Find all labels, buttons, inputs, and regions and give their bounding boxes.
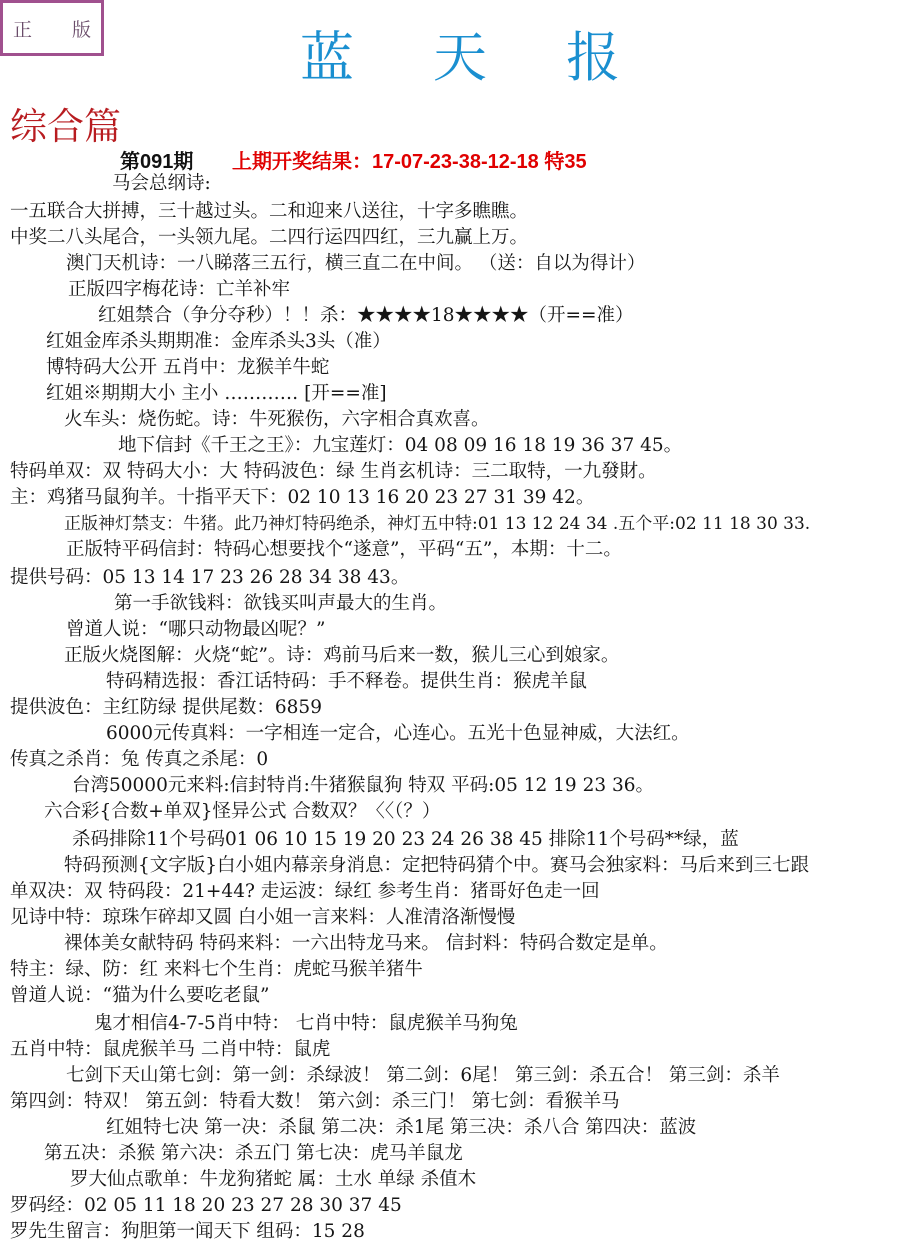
text-line: 特主：绿、防：红 来料七个生肖：虎蛇马猴羊猪牛 xyxy=(10,958,423,982)
text-line: 中奖二八头尾合，一头领九尾。二四行运四四红，三九赢上万。 xyxy=(10,226,528,250)
issue-number: 第091期 xyxy=(120,145,193,174)
text-line: 正版特平码信封：特码心想要找个“遂意”，平码“五”，本期：十二。 xyxy=(66,538,622,562)
text-line: 罗码经：02 05 11 18 20 23 27 28 30 37 45 xyxy=(10,1194,402,1218)
text-line: 地下信封《千王之王》：九宝莲灯：04 08 09 16 18 19 36 37 … xyxy=(118,434,682,458)
text-line: 红姐※期期大小 主小 ………… [开==准] xyxy=(46,382,387,406)
badge-char-right: 版 xyxy=(72,15,91,42)
text-line: 马会总纲诗: xyxy=(112,172,211,196)
text-line: 杀码排除11个号码01 06 10 15 19 20 23 24 26 38 4… xyxy=(72,828,739,852)
text-line: 一五联合大拼搏，三十越过头。二和迎来八送往，十字多瞧瞧。 xyxy=(10,200,528,224)
text-line: 红姐金库杀头期期准：金库杀头3头（准） xyxy=(46,330,391,354)
text-line: 六合彩{合数+单双}怪异公式 合数双？〈〈（？） xyxy=(44,800,440,824)
text-line: 见诗中特：琼珠乍碎却又圆 白小姐一言来料：人准清洛渐慢慢 xyxy=(10,906,515,930)
badge-char-left: 正 xyxy=(13,15,32,42)
text-line: 火车头：烧伤蛇。诗：牛死猴伤，六字相合真欢喜。 xyxy=(64,408,490,432)
text-line: 红姐禁合（争分夺秒）！！杀：★★★★18★★★★（开==准） xyxy=(98,304,634,328)
text-line: 正版火烧图解：火烧“蛇”。诗：鸡前马后来一数，猴儿三心到娘家。 xyxy=(64,644,619,668)
title-char-3: 报 xyxy=(566,15,620,92)
text-line: 提供号码：05 13 14 17 23 26 28 34 38 43。 xyxy=(10,566,409,590)
text-line: 罗大仙点歌单：牛龙狗猪蛇 属：土水 单绿 杀值木 xyxy=(70,1168,476,1192)
text-line: 第四剑：特双！ 第五剑：特看大数！ 第六剑：杀三门！ 第七剑：看猴羊马 xyxy=(10,1090,620,1114)
text-line: 红姐特七决 第一决：杀鼠 第二决：杀1尾 第三决：杀八合 第四决：蓝波 xyxy=(106,1116,696,1140)
text-line: 6000元传真料：一字相连一定合，心连心。五光十色显神威，大法红。 xyxy=(106,722,690,746)
text-line: 五肖中特：鼠虎猴羊马 二肖中特：鼠虎 xyxy=(10,1038,330,1062)
text-line: 第一手欲钱料：欲钱买叫声最大的生肖。 xyxy=(114,592,447,616)
text-line: 提供波色：主红防绿 提供尾数：6859 xyxy=(10,696,322,720)
text-line: 七剑下天山第七剑：第一剑：杀绿波！ 第二剑：6尾！ 第三剑：杀五合！ 第三剑：杀… xyxy=(66,1064,780,1088)
text-line: 第五决：杀猴 第六决：杀五门 第七决：虎马羊鼠龙 xyxy=(44,1142,463,1166)
text-line: 罗先生留言：狗胆第一闻天下 组码：15 28 xyxy=(10,1220,365,1243)
text-line: 特码精选报：香江话特码：手不释卷。提供生肖：猴虎羊鼠 xyxy=(106,670,587,694)
newspaper-title: 蓝 天 报 xyxy=(300,18,620,88)
text-line: 正版四字梅花诗：亡羊补牢 xyxy=(68,278,290,302)
text-line: 裸体美女献特码 特码来料：一六出特龙马来。 信封料：特码合数定是单。 xyxy=(64,932,668,956)
text-line: 特码预测{文字版}白小姐内幕亲身消息：定把特码猜个中。赛马会独家料：马后来到三七… xyxy=(64,854,809,878)
text-line: 博特码大公开 五肖中：龙猴羊牛蛇 xyxy=(46,356,329,380)
text-line: 正版神灯禁支：牛猪。此乃神灯特码绝杀，神灯五中特:01 13 12 24 34 … xyxy=(64,512,810,536)
text-line: 澳门天机诗：一八睇落三五行，横三直二在中间。 （送：自以为得计） xyxy=(66,252,645,276)
text-line: 鬼才相信4-7-5肖中特： 七肖中特：鼠虎猴羊马狗兔 xyxy=(94,1012,518,1036)
text-line: 单双决：双 特码段：21+44? 走运波：绿红 参考生肖：猪哥好色走一回 xyxy=(10,880,600,904)
section-title: 综合篇 xyxy=(10,96,121,150)
title-char-1: 蓝 xyxy=(300,15,354,92)
text-line: 特码单双：双 特码大小：大 特码波色：绿 生肖玄机诗：三二取特，一九發財。 xyxy=(10,460,657,484)
text-line: 台湾50000元来料:信封特肖:牛猪猴鼠狗 特双 平码:05 12 19 23 … xyxy=(72,774,654,798)
text-line: 主：鸡猪马鼠狗羊。十指平天下：02 10 13 16 20 23 27 31 3… xyxy=(10,486,594,510)
text-line: 传真之杀肖：兔 传真之杀尾：0 xyxy=(10,748,268,772)
text-line: 曾道人说：“猫为什么要吃老鼠” xyxy=(10,984,269,1008)
text-line: 曾道人说：“哪只动物最凶呢？” xyxy=(66,618,325,642)
authentic-edition-badge: 正 版 xyxy=(0,0,104,56)
last-draw-result: 上期开奖结果：17-07-23-38-12-18 特35 xyxy=(232,145,587,174)
title-char-2: 天 xyxy=(433,15,487,92)
